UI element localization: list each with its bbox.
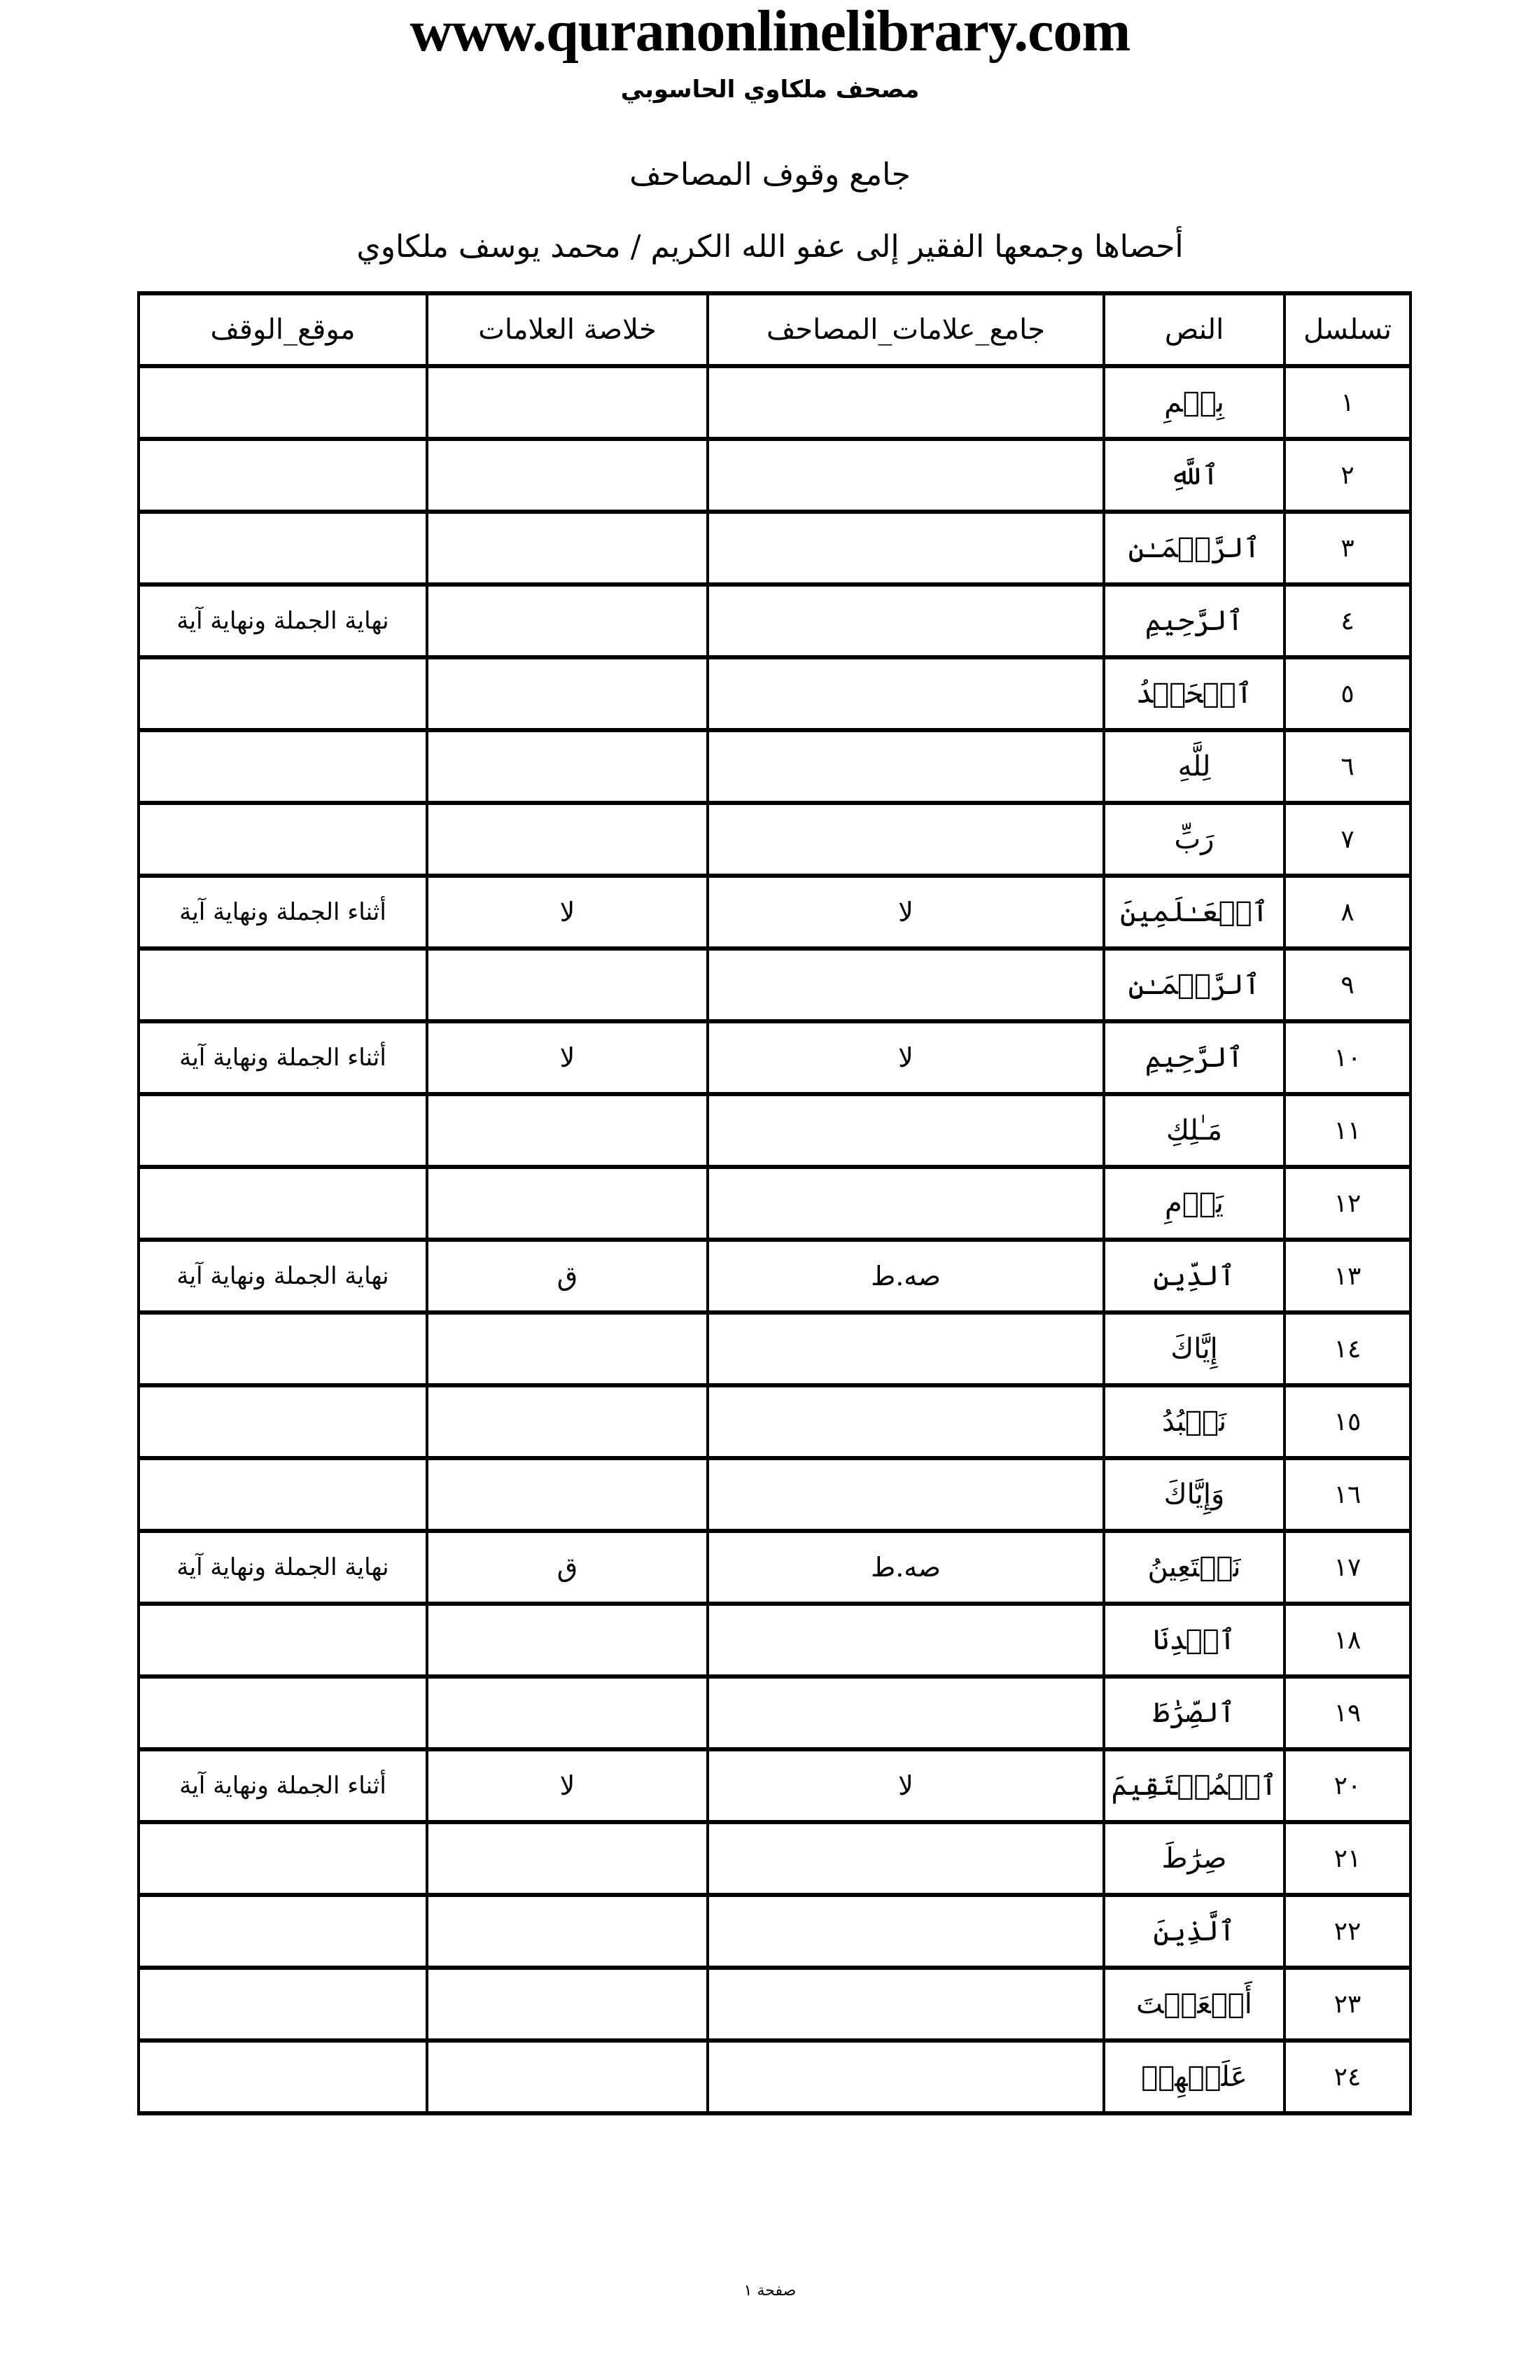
- cell-location: [139, 1895, 427, 1968]
- cell-location: [139, 1167, 427, 1240]
- cell-text: ٱلرَّحِيمِ: [1104, 584, 1284, 657]
- cell-text: وَإِيَّاكَ: [1104, 1458, 1284, 1531]
- cell-location: [139, 1312, 427, 1385]
- cell-seq: ١١: [1284, 1094, 1410, 1167]
- table-row: ١٤إِيَّاكَ: [139, 1312, 1410, 1385]
- table-header-row: تسلسل النص جامع_علامات_المصاحف خلاصة الع…: [139, 293, 1410, 366]
- cell-summary: [427, 948, 708, 1021]
- cell-text: ٱلۡحَمۡدُ: [1104, 657, 1284, 730]
- cell-summary: [427, 1385, 708, 1458]
- cell-summary: [427, 584, 708, 657]
- cell-text: لِلَّهِ: [1104, 730, 1284, 803]
- cell-all-marks: [708, 1167, 1104, 1240]
- cell-summary: [427, 1822, 708, 1895]
- table-row: ٧رَبِّ: [139, 803, 1410, 876]
- cell-summary: [427, 1458, 708, 1531]
- cell-text: عَلَيۡهِمۡ: [1104, 2040, 1284, 2113]
- cell-seq: ١٧: [1284, 1531, 1410, 1604]
- table-row: ١٩ٱلصِّرَٰطَ: [139, 1676, 1410, 1749]
- cell-all-marks: [708, 657, 1104, 730]
- cell-text: يَوۡمِ: [1104, 1167, 1284, 1240]
- cell-text: ٱللَّهِ: [1104, 439, 1284, 512]
- cell-all-marks: [708, 1385, 1104, 1458]
- cell-seq: ١٦: [1284, 1458, 1410, 1531]
- cell-seq: ٦: [1284, 730, 1410, 803]
- cell-seq: ٢: [1284, 439, 1410, 512]
- cell-text: ٱلۡعَـٰلَمِينَ: [1104, 876, 1284, 948]
- cell-text: ٱلَّذِينَ: [1104, 1895, 1284, 1968]
- cell-seq: ٤: [1284, 584, 1410, 657]
- cell-summary: [427, 2040, 708, 2113]
- cell-seq: ١٨: [1284, 1604, 1410, 1676]
- cell-seq: ١٣: [1284, 1240, 1410, 1312]
- cell-all-marks: [708, 948, 1104, 1021]
- cell-all-marks: [708, 1312, 1104, 1385]
- table-row: ٢٢ٱلَّذِينَ: [139, 1895, 1410, 1968]
- cell-text: ٱلرَّحۡمَـٰنِ: [1104, 948, 1284, 1021]
- cell-location: [139, 1822, 427, 1895]
- cell-all-marks: [708, 1094, 1104, 1167]
- cell-all-marks: [708, 366, 1104, 439]
- table-row: ١بِسۡمِ: [139, 366, 1410, 439]
- cell-all-marks: [708, 1676, 1104, 1749]
- cell-summary: [427, 512, 708, 584]
- cell-location: أثناء الجملة ونهاية آية: [139, 1021, 427, 1094]
- cell-text: أَنۡعَمۡتَ: [1104, 1968, 1284, 2040]
- cell-all-marks: [708, 803, 1104, 876]
- cell-all-marks: [708, 730, 1104, 803]
- cell-seq: ٥: [1284, 657, 1410, 730]
- table-row: ٩ٱلرَّحۡمَـٰنِ: [139, 948, 1410, 1021]
- table-body: ١بِسۡمِ٢ٱللَّهِ٣ٱلرَّحۡمَـٰنِ٤ٱلرَّحِيمِ…: [139, 366, 1410, 2113]
- cell-location: نهاية الجملة ونهاية آية: [139, 584, 427, 657]
- cell-all-marks: [708, 1604, 1104, 1676]
- cell-seq: ٢١: [1284, 1822, 1410, 1895]
- cell-seq: ٨: [1284, 876, 1410, 948]
- table-row: ٢ٱللَّهِ: [139, 439, 1410, 512]
- cell-summary: [427, 1968, 708, 2040]
- cell-text: ٱلصِّرَٰطَ: [1104, 1676, 1284, 1749]
- cell-all-marks: [708, 1968, 1104, 2040]
- cell-summary: [427, 366, 708, 439]
- table-row: ٢٠ٱلۡمُسۡتَقِيمَلالاأثناء الجملة ونهاية …: [139, 1749, 1410, 1822]
- table-row: ١٠ٱلرَّحِيمِلالاأثناء الجملة ونهاية آية: [139, 1021, 1410, 1094]
- cell-location: [139, 1968, 427, 2040]
- cell-summary: [427, 1676, 708, 1749]
- cell-seq: ٩: [1284, 948, 1410, 1021]
- cell-all-marks: [708, 1895, 1104, 1968]
- cell-location: أثناء الجملة ونهاية آية: [139, 876, 427, 948]
- table-row: ٣ٱلرَّحۡمَـٰنِ: [139, 512, 1410, 584]
- table-row: ٨ٱلۡعَـٰلَمِينَلالاأثناء الجملة ونهاية آ…: [139, 876, 1410, 948]
- cell-all-marks: [708, 1822, 1104, 1895]
- cell-summary: لا: [427, 876, 708, 948]
- cell-location: [139, 1676, 427, 1749]
- table-row: ١٥نَعۡبُدُ: [139, 1385, 1410, 1458]
- cell-text: ٱلدِّينِ: [1104, 1240, 1284, 1312]
- cell-seq: ١: [1284, 366, 1410, 439]
- cell-all-marks: صه.ط: [708, 1531, 1104, 1604]
- cell-text: مَـٰلِكِ: [1104, 1094, 1284, 1167]
- cell-summary: [427, 1895, 708, 1968]
- table-row: ٦لِلَّهِ: [139, 730, 1410, 803]
- cell-location: أثناء الجملة ونهاية آية: [139, 1749, 427, 1822]
- column-header-seq: تسلسل: [1284, 293, 1410, 366]
- cell-location: نهاية الجملة ونهاية آية: [139, 1531, 427, 1604]
- cell-seq: ٧: [1284, 803, 1410, 876]
- cell-seq: ٢٣: [1284, 1968, 1410, 2040]
- cell-all-marks: لا: [708, 1749, 1104, 1822]
- cell-summary: [427, 439, 708, 512]
- document-title: جامع وقوف المصاحف: [0, 153, 1540, 197]
- cell-summary: لا: [427, 1749, 708, 1822]
- cell-seq: ٢٢: [1284, 1895, 1410, 1968]
- cell-location: [139, 2040, 427, 2113]
- cell-seq: ٣: [1284, 512, 1410, 584]
- table-row: ٢١صِرَٰطَ: [139, 1822, 1410, 1895]
- cell-seq: ١٥: [1284, 1385, 1410, 1458]
- cell-all-marks: صه.ط: [708, 1240, 1104, 1312]
- mushaf-subtitle: مصحف ملكاوي الحاسوبي: [0, 70, 1540, 109]
- cell-location: [139, 512, 427, 584]
- cell-all-marks: [708, 1458, 1104, 1531]
- cell-text: ٱلۡمُسۡتَقِيمَ: [1104, 1749, 1284, 1822]
- cell-seq: ١٢: [1284, 1167, 1410, 1240]
- table-row: ٢٣أَنۡعَمۡتَ: [139, 1968, 1410, 2040]
- page-number: صفحة ١: [0, 2278, 1540, 2304]
- table-row: ١١مَـٰلِكِ: [139, 1094, 1410, 1167]
- cell-summary: [427, 1604, 708, 1676]
- column-header-text: النص: [1104, 293, 1284, 366]
- table-row: ١٢يَوۡمِ: [139, 1167, 1410, 1240]
- cell-location: [139, 1604, 427, 1676]
- table-row: ٥ٱلۡحَمۡدُ: [139, 657, 1410, 730]
- cell-summary: [427, 1167, 708, 1240]
- cell-text: ٱلرَّحۡمَـٰنِ: [1104, 512, 1284, 584]
- cell-text: صِرَٰطَ: [1104, 1822, 1284, 1895]
- cell-all-marks: [708, 2040, 1104, 2113]
- cell-location: [139, 730, 427, 803]
- table-row: ٢٤عَلَيۡهِمۡ: [139, 2040, 1410, 2113]
- cell-all-marks: [708, 439, 1104, 512]
- cell-seq: ١٠: [1284, 1021, 1410, 1094]
- table-row: ١٣ٱلدِّينِصه.طقنهاية الجملة ونهاية آية: [139, 1240, 1410, 1312]
- cell-text: رَبِّ: [1104, 803, 1284, 876]
- table-row: ١٧نَسۡتَعِينُصه.طقنهاية الجملة ونهاية آي…: [139, 1531, 1410, 1604]
- waqf-table: تسلسل النص جامع_علامات_المصاحف خلاصة الع…: [137, 291, 1412, 2115]
- cell-seq: ١٤: [1284, 1312, 1410, 1385]
- cell-seq: ١٩: [1284, 1676, 1410, 1749]
- cell-summary: لا: [427, 1021, 708, 1094]
- cell-summary: [427, 1094, 708, 1167]
- cell-summary: [427, 657, 708, 730]
- cell-location: نهاية الجملة ونهاية آية: [139, 1240, 427, 1312]
- cell-all-marks: لا: [708, 1021, 1104, 1094]
- cell-text: نَسۡتَعِينُ: [1104, 1531, 1284, 1604]
- cell-summary: [427, 803, 708, 876]
- cell-location: [139, 366, 427, 439]
- column-header-summary: خلاصة العلامات: [427, 293, 708, 366]
- site-url: www.quranonlinelibrary.com: [0, 0, 1540, 63]
- cell-location: [139, 803, 427, 876]
- cell-text: نَعۡبُدُ: [1104, 1385, 1284, 1458]
- cell-text: إِيَّاكَ: [1104, 1312, 1284, 1385]
- author-attribution: أحصاها وجمعها الفقير إلى عفو الله الكريم…: [0, 223, 1540, 272]
- column-header-all-marks: جامع_علامات_المصاحف: [708, 293, 1104, 366]
- cell-location: [139, 439, 427, 512]
- cell-text: بِسۡمِ: [1104, 366, 1284, 439]
- table-row: ١٦وَإِيَّاكَ: [139, 1458, 1410, 1531]
- cell-seq: ٢٠: [1284, 1749, 1410, 1822]
- cell-location: [139, 1094, 427, 1167]
- waqf-table-container: تسلسل النص جامع_علامات_المصاحف خلاصة الع…: [137, 291, 1405, 2115]
- cell-summary: ق: [427, 1531, 708, 1604]
- cell-location: [139, 948, 427, 1021]
- table-row: ٤ٱلرَّحِيمِنهاية الجملة ونهاية آية: [139, 584, 1410, 657]
- cell-location: [139, 1458, 427, 1531]
- cell-all-marks: [708, 584, 1104, 657]
- cell-summary: ق: [427, 1240, 708, 1312]
- cell-location: [139, 1385, 427, 1458]
- cell-text: ٱلرَّحِيمِ: [1104, 1021, 1284, 1094]
- cell-location: [139, 657, 427, 730]
- cell-all-marks: [708, 512, 1104, 584]
- cell-all-marks: لا: [708, 876, 1104, 948]
- cell-summary: [427, 1312, 708, 1385]
- cell-text: ٱهۡدِنَا: [1104, 1604, 1284, 1676]
- cell-summary: [427, 730, 708, 803]
- column-header-location: موقع_الوقف: [139, 293, 427, 366]
- cell-seq: ٢٤: [1284, 2040, 1410, 2113]
- table-row: ١٨ٱهۡدِنَا: [139, 1604, 1410, 1676]
